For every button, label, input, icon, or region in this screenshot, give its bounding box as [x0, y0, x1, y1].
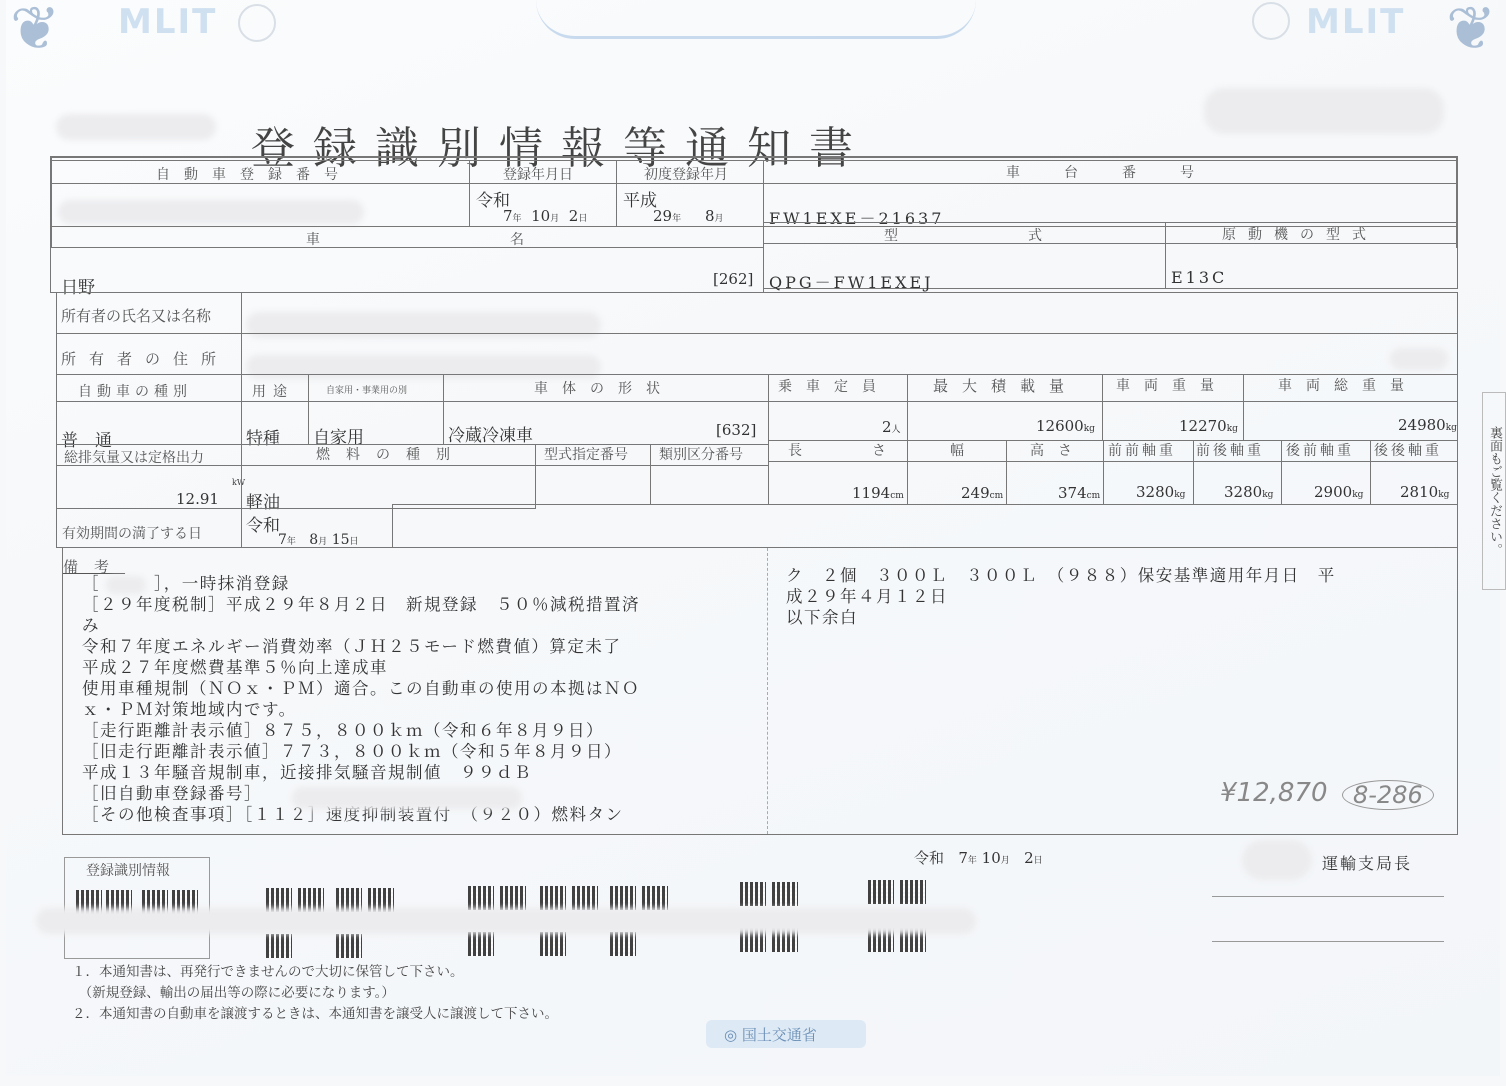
seal-icon — [238, 4, 276, 42]
label-rf-axle: 後前軸重 — [1286, 440, 1354, 460]
document-paper: ❦ ❦ MLIT MLIT 登録識別情報等通知書 自動車登録番号 登録年月日 初… — [6, 0, 1500, 1076]
ornament-top-right: ❦ — [1446, 0, 1496, 64]
qr-code — [540, 886, 566, 910]
cell — [50, 247, 764, 293]
remarks-line: ［旧走行距離計表示値］７７３，８００ｋｍ（令和５年８月９日） — [82, 741, 640, 762]
vehicle-name-code: [262] — [713, 270, 753, 288]
note-line: １．本通知書は、再発行できませんので大切に保管して下さい。 — [72, 962, 558, 983]
redacted-old-registration-number — [292, 787, 522, 809]
vehicle-weight-value: 12270kg — [1179, 417, 1238, 435]
label-owner-address: 所有者の住所 — [61, 348, 229, 369]
qr-code — [336, 934, 362, 958]
label-fuel-type: 燃料の種別 — [316, 444, 466, 464]
qr-code — [468, 886, 494, 910]
label-capacity: 乗車定員 — [778, 376, 890, 396]
label-vehicle-type: 自動車の種別 — [78, 381, 192, 401]
gross-weight-value: 24980kg — [1398, 416, 1457, 434]
mlit-logo-left: MLIT — [118, 2, 217, 42]
ornament-top-center — [536, 0, 976, 39]
remarks-line: 平成２７年度燃費基準５％向上達成車 — [82, 657, 640, 678]
remarks-line: ［ ］，一時抹消登録 — [82, 573, 640, 594]
remarks-line: ｘ・ＰＭ対策地域内です。 — [82, 699, 640, 720]
remarks-line: 令和７年度エネルギー消費効率（ＪＨ２５モード燃費値）算定未了 — [82, 636, 640, 657]
remarks-line: ［２９年度税制］平成２９年８月２日 新規登録 ５０％減税措置済 — [82, 594, 640, 615]
mlit-logo-right: MLIT — [1306, 2, 1405, 42]
width-value: 249cm — [961, 484, 1003, 502]
label-category-number: 類別区分番号 — [659, 444, 743, 464]
label-gross-weight: 車両総重量 — [1278, 375, 1418, 395]
qr-code — [266, 934, 292, 958]
first-registration-era: 平成 — [623, 186, 657, 211]
body-shape-code: [632] — [716, 421, 756, 439]
expiry-value: 7年 8月 15日 — [278, 532, 359, 548]
redacted-office — [1242, 840, 1312, 880]
handwritten-amount: ¥12,870 — [1220, 778, 1328, 808]
redacted-registration-number — [58, 200, 364, 224]
label-vehicle-weight: 車両重量 — [1116, 375, 1228, 395]
side-note: 裏面もご覧ください。 — [1482, 392, 1506, 590]
redacted-address-code — [1390, 348, 1448, 370]
capacity-value: 2人 — [882, 418, 901, 436]
label-registration-date: 登録年月日 — [503, 164, 573, 184]
ff-axle-value: 3280kg — [1136, 483, 1185, 501]
height-value: 374cm — [1058, 484, 1100, 502]
label-fr-axle: 前後軸重 — [1196, 440, 1264, 460]
issuer: 運輸支局長 — [1322, 851, 1412, 874]
first-registration-value: 29年 8月 — [653, 207, 724, 225]
rf-axle-value: 2900kg — [1314, 483, 1363, 501]
remarks-line: 平成１３年騒音規制車，近接排気騒音規制値 ９９ｄＢ — [82, 762, 640, 783]
handwritten-circled-number: 8-286 — [1342, 780, 1434, 810]
issue-date: 令和 7年 10月 2日 — [914, 847, 1043, 868]
footer-logo: ◎ 国土交通省 — [724, 1024, 817, 1045]
model-value: QPG－FW1EXEJ — [769, 270, 934, 293]
qr-code — [642, 886, 668, 910]
label-model: 型式 — [884, 225, 1172, 245]
label-type-designation: 型式指定番号 — [544, 444, 628, 464]
label-rr-axle: 後後軸重 — [1374, 440, 1442, 460]
label-usage: 用途 — [252, 381, 294, 401]
qr-code — [610, 932, 636, 956]
engine-model-value: E13C — [1171, 268, 1227, 287]
ornament-top-left: ❦ — [10, 0, 60, 64]
remarks-line: ［走行距離計表示値］８７５，８００ｋｍ（令和６年８月９日） — [82, 720, 640, 741]
registration-date-value: 7年 10月 2日 — [503, 207, 587, 225]
cell — [535, 465, 651, 505]
label-owner-name: 所有者の氏名又は名称 — [61, 305, 211, 326]
qr-code — [868, 880, 894, 904]
seal-icon — [1252, 2, 1290, 40]
label-width: 幅 — [950, 440, 971, 460]
remarks-line: 成２９年４月１２日 — [786, 586, 1336, 607]
redacted-area — [56, 114, 216, 140]
qr-code — [540, 932, 566, 956]
label-chassis-number: 車台番号 — [1006, 162, 1238, 182]
qr-code — [610, 886, 636, 910]
remarks-line: 使用車種規制（ＮＯｘ・ＰＭ）適合。この自動車の使用の本拠はＮＯ — [82, 678, 640, 699]
qr-code — [900, 880, 926, 904]
remarks-line: み — [82, 615, 640, 636]
qr-code — [572, 886, 598, 910]
label-max-load: 最大積載量 — [933, 375, 1078, 396]
max-load-value: 12600kg — [1036, 417, 1095, 435]
qr-code — [500, 886, 526, 910]
redacted-area — [1204, 88, 1444, 134]
remarks-right: ク ２個 ３００Ｌ ３００Ｌ （９８８）保安基準適用年月日 平成２９年４月１２日… — [786, 565, 1336, 628]
redacted-area — [106, 576, 146, 594]
cell — [241, 465, 536, 509]
qr-code — [740, 882, 766, 906]
label-ff-axle: 前前軸重 — [1108, 440, 1176, 460]
remarks-line: ク ２個 ３００Ｌ ３００Ｌ （９８８）保安基準適用年月日 平 — [786, 565, 1336, 586]
fr-axle-value: 3280kg — [1224, 483, 1273, 501]
qr-code — [772, 882, 798, 906]
label-height: 高さ — [1030, 440, 1086, 460]
qr-code — [468, 932, 494, 956]
label-private-business: 自家用・事業用の別 — [326, 383, 407, 396]
label-displacement: 総排気量又は定格出力 — [64, 447, 204, 467]
cell — [650, 465, 769, 505]
remarks-divider — [767, 548, 768, 834]
label-first-registration: 初度登録年月 — [644, 164, 728, 184]
label-vehicle-name: 車名 — [306, 229, 714, 249]
remarks-line: 以下余白 — [786, 607, 1336, 628]
note-line: ２．本通知書の自動車を譲渡するときは、本通知書を譲受人に譲渡して下さい。 — [72, 1004, 558, 1025]
notes: １．本通知書は、再発行できませんので大切に保管して下さい。 （新規登録、輸出の届… — [72, 962, 558, 1025]
stamp-box — [1212, 896, 1444, 942]
cell — [392, 504, 1458, 548]
expiry-era: 令和 — [246, 511, 280, 536]
label-expiry: 有効期間の満了する日 — [62, 523, 202, 543]
note-line: （新規登録、輸出の届出等の際に必要になります。） — [72, 983, 558, 1004]
label-registration-number: 自動車登録番号 — [156, 164, 352, 184]
label-engine-model: 原動機の型式 — [1222, 224, 1378, 244]
label-qr-box: 登録識別情報 — [86, 860, 170, 880]
body-shape-value: 冷蔵冷凍車 — [448, 421, 533, 446]
displacement-value: 12.91 — [176, 490, 219, 508]
rr-axle-value: 2810kg — [1400, 483, 1449, 501]
redacted-qr-band — [36, 908, 976, 934]
length-value: 1194cm — [852, 484, 904, 502]
label-body-shape: 車体の形状 — [534, 378, 674, 398]
